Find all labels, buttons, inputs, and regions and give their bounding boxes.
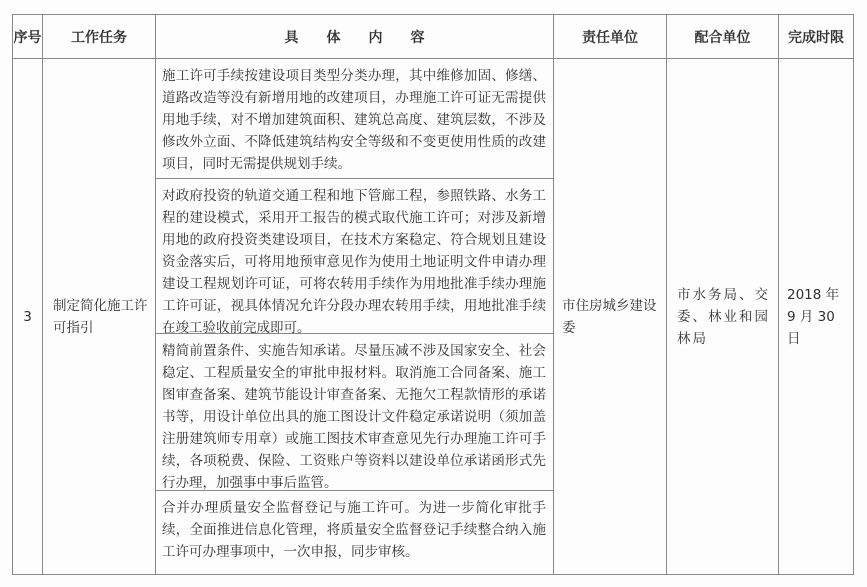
- table-row: 3 制定简化施工许可指引 施工许可手续按建设项目类型分类办理，其中维修加固、修缮…: [13, 59, 854, 575]
- task-table: 序号 工作任务 具体内容 责任单位 配合单位 完成时限 3 制定简化施工许可指引…: [12, 14, 854, 575]
- content-item-2: 对政府投资的轨道交通工程和地下管廊工程，参照铁路、水务工程的建设模式，采用开工报…: [156, 179, 553, 334]
- header-index: 序号: [13, 15, 43, 59]
- header-content: 具体内容: [156, 15, 554, 59]
- row-content: 施工许可手续按建设项目类型分类办理，其中维修加固、修缮、道路改造等没有新增用地的…: [156, 59, 554, 575]
- header-responsible: 责任单位: [554, 15, 667, 59]
- row-task: 制定简化施工许可指引: [43, 59, 156, 575]
- header-deadline: 完成时限: [779, 15, 854, 59]
- row-deadline: 2018 年 9 月 30 日: [779, 59, 854, 575]
- header-cooperating: 配合单位: [667, 15, 779, 59]
- table-header-row: 序号 工作任务 具体内容 责任单位 配合单位 完成时限: [13, 15, 854, 59]
- content-item-4: 合并办理质量安全监督登记与施工许可。为进一步简化审批手续，全面推进信息化管理，将…: [156, 491, 553, 574]
- content-item-1: 施工许可手续按建设项目类型分类办理，其中维修加固、修缮、道路改造等没有新增用地的…: [156, 59, 553, 179]
- row-cooperating: 市水务局、交委、林业和园林局: [667, 59, 779, 575]
- row-responsible: 市住房城乡建设委: [554, 59, 667, 575]
- row-index: 3: [13, 59, 43, 575]
- header-task: 工作任务: [43, 15, 156, 59]
- header-content-label: 具体内容: [285, 30, 453, 46]
- content-item-3: 精简前置条件、实施告知承诺。尽量压减不涉及国家安全、社会稳定、工程质量安全的审批…: [156, 334, 553, 491]
